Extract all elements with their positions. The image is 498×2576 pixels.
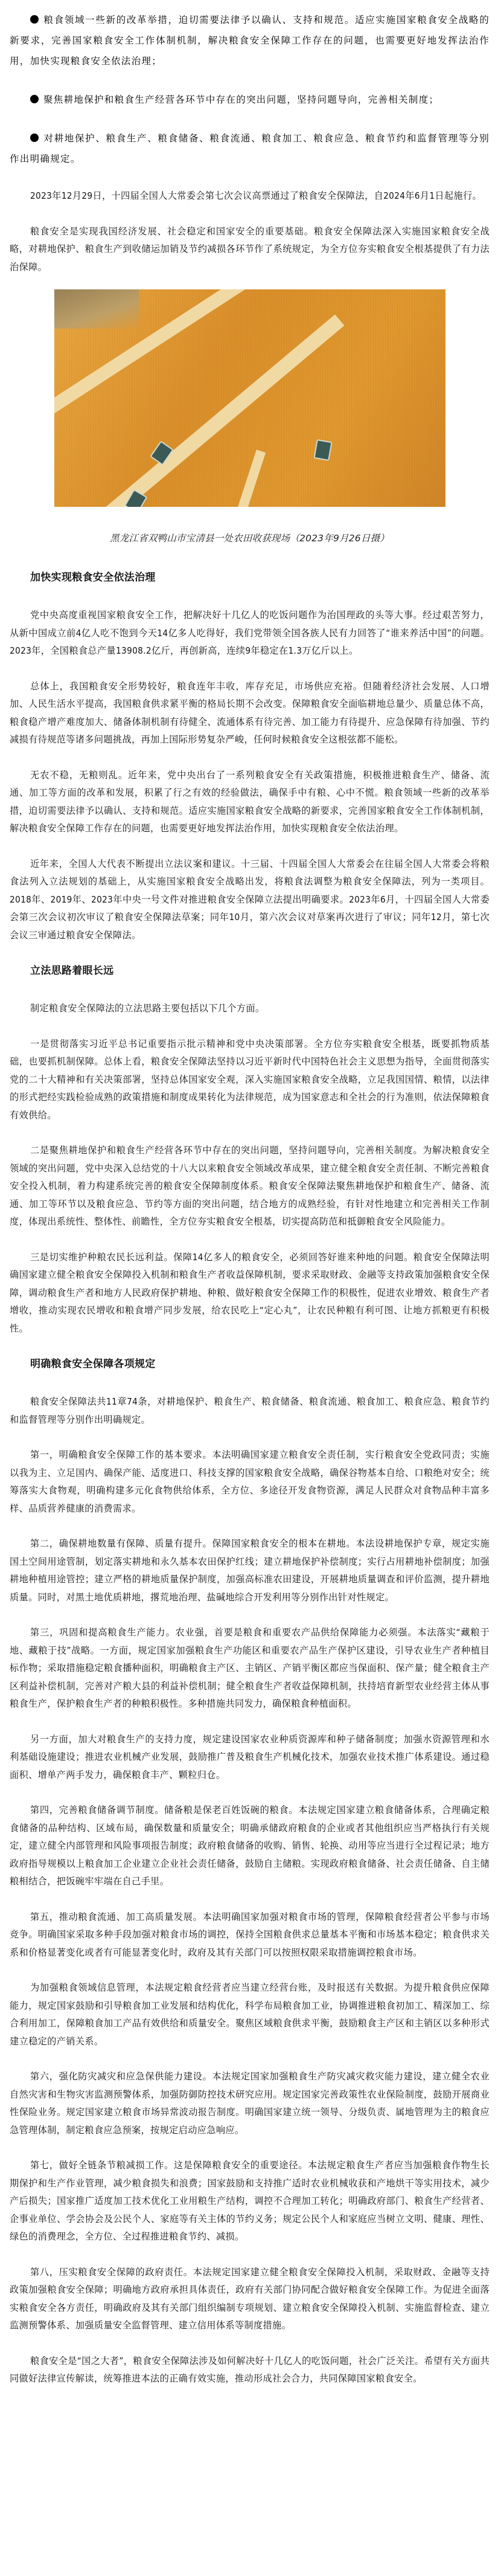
harvest-field-photo — [54, 289, 445, 507]
article-figure: 黑龙江省双鸭山市宝清县一处农田收获现场（2023年9月26日摄） — [10, 289, 490, 544]
tree-line — [54, 289, 139, 329]
article: 粮食领域一些新的改革举措，迫切需要法律予以确认、支持和规范。适应实施国家粮食安全… — [0, 0, 498, 2430]
bullet-dot-icon — [30, 95, 39, 103]
section-paragraph: 一是贯彻落实习近平总书记重要指示批示精神和党中央决策部署。全方位夯实粮食安全根基… — [10, 1035, 490, 1125]
section-paragraph: 另一方面，加大对粮食生产的支持力度，规定建设国家农业种质资源库和种子储备制度；加… — [10, 1731, 490, 1785]
section-paragraph: 制定粮食安全保障法的立法思路主要包括以下几个方面。 — [10, 1000, 490, 1018]
section-heading: 明确粮食安全保障各项规定 — [30, 1355, 490, 1370]
combine-harvester — [313, 439, 332, 461]
harvested-strip — [54, 314, 344, 507]
section-heading: 加快实现粮食安全依法治理 — [30, 568, 490, 584]
closing-paragraph: 粮食安全是“国之大者”，粮食安全保障法涉及如何解决好十几亿人的吃饭问题，社会广泛… — [10, 2352, 490, 2388]
section-paragraph: 党中央高度重视国家粮食安全工作，把解决好十几亿人的吃饭问题作为治国理政的头等大事… — [10, 607, 490, 660]
bullet-dot-icon — [30, 134, 39, 142]
section-paragraph: 第三，巩固和提高粮食生产能力。农业强，首要是粮食和重要农产品供给保障能力必须强。… — [10, 1624, 490, 1713]
section-paragraph: 第四，完善粮食储备调节制度。储备粮是保老百姓饭碗的粮食。本法规定国家建立粮食储备… — [10, 1802, 490, 1891]
bullet-item: 聚焦耕地保护和粮食生产经营各环节中存在的突出问题，坚持问题导向，完善相关制度； — [10, 89, 490, 110]
figure-caption: 黑龙江省双鸭山市宝清县一处农田收获现场（2023年9月26日摄） — [10, 531, 490, 544]
section-legislative-approach: 立法思路着眼长远 制定粮食安全保障法的立法思路主要包括以下几个方面。 一是贯彻落… — [10, 962, 490, 1338]
section-provisions: 明确粮食安全保障各项规定 粮食安全保障法共11章74条，对耕地保护、粮食生产、粮… — [10, 1355, 490, 2388]
bullet-item: 对耕地保护、粮食生产、粮食储备、粮食流通、粮食加工、粮食应急、粮食节约和监督管理… — [10, 128, 490, 169]
section-paragraph: 第一，明确粮食安全保障工作的基本要求。本法明确国家建立粮食安全责任制，实行粮食安… — [10, 1446, 490, 1518]
section-paragraph: 第二，确保耕地数量有保障、质量有提升。保障国家粮食安全的根本在耕地。本法设耕地保… — [10, 1535, 490, 1606]
section-paragraph: 近年来，全国人大代表不断提出立法议案和建议。十三届、十四届全国人大常委会在往届全… — [10, 855, 490, 945]
section-heading: 立法思路着眼长远 — [30, 962, 490, 977]
section-paragraph: 第六，强化防灾减灾和应急保供能力建设。本法规定国家加强粮食生产防灾减灾救灾能力建… — [10, 2068, 490, 2139]
section-paragraph: 二是聚焦耕地保护和粮食生产经营各环节中存在的突出问题，坚持问题导向，完善相关制度… — [10, 1142, 490, 1231]
section-paragraph: 为加强粮食领域信息管理，本法规定粮食经营者应当建立经营台账，及时报送有关数据。为… — [10, 1979, 490, 2050]
section-paragraph: 三是切实维护种粮农民长远利益。保障14亿多人的粮食安全，必须回答好谁来种地的问题… — [10, 1249, 490, 1338]
summary-bullets: 粮食领域一些新的改革举措，迫切需要法律予以确认、支持和规范。适应实施国家粮食安全… — [10, 10, 490, 169]
section-paragraph: 无农不稳，无粮则乱。近年来，党中央出台了一系列粮食安全有关政策措施，积极推进粮食… — [10, 767, 490, 838]
section-paragraph: 第八，压实粮食安全保障的政府责任。本法规定国家建立健全粮食安全保障投入机制，采取… — [10, 2264, 490, 2335]
harvested-strip — [217, 449, 266, 507]
intro-paragraph: 粮食安全是实现我国经济发展、社会稳定和国家安全的重要基础。粮食安全保障法深入实施… — [10, 223, 490, 277]
bullet-dot-icon — [30, 15, 39, 24]
section-paragraph: 粮食安全保障法共11章74条，对耕地保护、粮食生产、粮食储备、粮食流通、粮食加工… — [10, 1393, 490, 1429]
section-legal-governance: 加快实现粮食安全依法治理 党中央高度重视国家粮食安全工作，把解决好十几亿人的吃饭… — [10, 568, 490, 944]
section-paragraph: 总体上，我国粮食安全形势较好，粮食连年丰收，库存充足，市场供应充裕。但随着经济社… — [10, 678, 490, 749]
bullet-item: 粮食领域一些新的改革举措，迫切需要法律予以确认、支持和规范。适应实施国家粮食安全… — [10, 10, 490, 71]
section-paragraph: 第五，推动粮食流通、加工高质量发展。本法明确国家加强对粮食市场的管理，保障粮食经… — [10, 1908, 490, 1962]
intro-paragraph: 2023年12月29日，十四届全国人大常委会第七次会议高票通过了粮食安全保障法，… — [10, 187, 490, 205]
section-paragraph: 第七，做好全链条节粮减损工作。这是保障粮食安全的重要途径。本法规定粮食生产者应当… — [10, 2157, 490, 2246]
